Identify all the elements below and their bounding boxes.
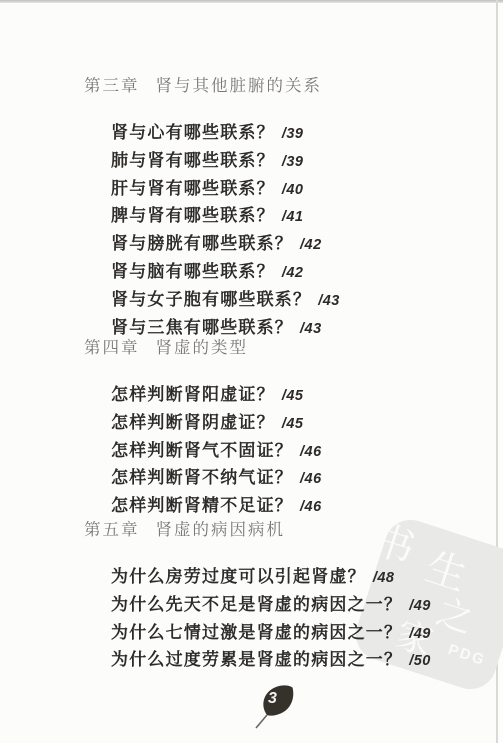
- chapter-number: 第三章: [84, 77, 140, 95]
- chapter-title: 肾虚的类型: [156, 339, 249, 357]
- toc-list: 为什么房劳过度可以引起肾虚？/48 为什么先天不足是肾虚的病因之一？/49 为什…: [84, 564, 503, 675]
- toc-page-number: /50: [409, 653, 431, 669]
- toc-page-number: /41: [282, 209, 304, 225]
- toc-page-number: /42: [282, 265, 304, 281]
- toc-item: 肾与女子胞有哪些联系？/43: [111, 287, 503, 315]
- toc-page-number: /39: [282, 154, 304, 170]
- toc-item: 肾与膀胱有哪些联系？/42: [111, 231, 503, 259]
- toc-section-chapter-5: 第五章肾虚的病因病机 为什么房劳过度可以引起肾虚？/48 为什么先天不足是肾虚的…: [84, 520, 503, 675]
- toc-item: 为什么过度劳累是肾虚的病因之一？/50: [111, 647, 503, 675]
- toc-section-chapter-3: 第三章肾与其他脏腑的关系 肾与心有哪些联系？/39 肺与肾有哪些联系？/39 肝…: [84, 76, 503, 342]
- toc-page-number: /45: [282, 416, 304, 432]
- toc-page-number: /40: [282, 182, 304, 198]
- toc-page-number: /46: [300, 471, 322, 487]
- chapter-title: 肾虚的病因病机: [156, 521, 286, 539]
- page-number: 3: [268, 690, 277, 708]
- toc-item: 为什么房劳过度可以引起肾虚？/48: [111, 564, 503, 592]
- chapter-number: 第四章: [84, 339, 140, 357]
- toc-item: 怎样判断肾阳虚证？/45: [111, 382, 503, 410]
- toc-item-text: 肾与脑有哪些联系？: [111, 262, 275, 281]
- toc-item: 怎样判断肾气不固证？/46: [111, 438, 503, 466]
- toc-item-text: 为什么七情过激是肾虚的病因之一？: [111, 623, 402, 642]
- toc-item-text: 肾与心有哪些联系？: [111, 123, 275, 142]
- toc-item: 怎样判断肾不纳气证？/46: [111, 465, 503, 493]
- toc-item-text: 脾与肾有哪些联系？: [111, 206, 275, 225]
- chapter-heading: 第四章肾虚的类型: [84, 338, 503, 358]
- toc-list: 肾与心有哪些联系？/39 肺与肾有哪些联系？/39 肝与肾有哪些联系？/40 脾…: [84, 120, 503, 342]
- toc-item-text: 怎样判断肾精不足证？: [111, 496, 293, 515]
- toc-item-text: 怎样判断肾阴虚证？: [111, 413, 275, 432]
- page-number-leaf: 3: [252, 682, 300, 730]
- toc-page-number: /39: [282, 126, 304, 142]
- toc-page-number: /49: [409, 598, 431, 614]
- toc-page-number: /48: [373, 570, 395, 586]
- toc-item: 怎样判断肾阴虚证？/45: [111, 410, 503, 438]
- toc-item-text: 怎样判断肾不纳气证？: [111, 468, 293, 487]
- toc-item-text: 肝与肾有哪些联系？: [111, 179, 275, 198]
- chapter-title: 肾与其他脏腑的关系: [156, 77, 323, 95]
- toc-item-text: 肺与肾有哪些联系？: [111, 151, 275, 170]
- toc-page-number: /46: [300, 444, 322, 460]
- toc-item: 肺与肾有哪些联系？/39: [111, 148, 503, 176]
- toc-item-text: 怎样判断肾阳虚证？: [111, 385, 275, 404]
- toc-item: 肾与心有哪些联系？/39: [111, 120, 503, 148]
- toc-item: 为什么先天不足是肾虚的病因之一？/49: [111, 592, 503, 620]
- toc-item-text: 肾与女子胞有哪些联系？: [111, 290, 311, 309]
- toc-page-number: /46: [300, 499, 322, 515]
- toc-page-number: /43: [318, 293, 340, 309]
- scanned-toc-page: 书 生 之 家 PDG 第三章肾与其他脏腑的关系 肾与心有哪些联系？/39 肺与…: [0, 0, 503, 743]
- toc-item: 脾与肾有哪些联系？/41: [111, 203, 503, 231]
- toc-item: 怎样判断肾精不足证？/46: [111, 493, 503, 521]
- chapter-heading: 第三章肾与其他脏腑的关系: [84, 76, 503, 96]
- chapter-number: 第五章: [84, 521, 140, 539]
- toc-item-text: 肾与三焦有哪些联系？: [111, 318, 293, 337]
- toc-item-text: 为什么房劳过度可以引起肾虚？: [111, 567, 366, 586]
- toc-item: 肾与脑有哪些联系？/42: [111, 259, 503, 287]
- chapter-heading: 第五章肾虚的病因病机: [84, 520, 503, 540]
- toc-page-number: /45: [282, 388, 304, 404]
- scan-edge-top: [0, 0, 503, 3]
- toc-section-chapter-4: 第四章肾虚的类型 怎样判断肾阳虚证？/45 怎样判断肾阴虚证？/45 怎样判断肾…: [84, 338, 503, 521]
- toc-page-number: /42: [300, 237, 322, 253]
- toc-item: 肝与肾有哪些联系？/40: [111, 176, 503, 204]
- toc-page-number: /49: [409, 626, 431, 642]
- toc-item-text: 为什么过度劳累是肾虚的病因之一？: [111, 650, 402, 669]
- toc-item: 为什么七情过激是肾虚的病因之一？/49: [111, 620, 503, 648]
- toc-page-number: /43: [300, 321, 322, 337]
- toc-list: 怎样判断肾阳虚证？/45 怎样判断肾阴虚证？/45 怎样判断肾气不固证？/46 …: [84, 382, 503, 521]
- toc-item-text: 怎样判断肾气不固证？: [111, 441, 293, 460]
- toc-item-text: 为什么先天不足是肾虚的病因之一？: [111, 595, 402, 614]
- toc-item-text: 肾与膀胱有哪些联系？: [111, 234, 293, 253]
